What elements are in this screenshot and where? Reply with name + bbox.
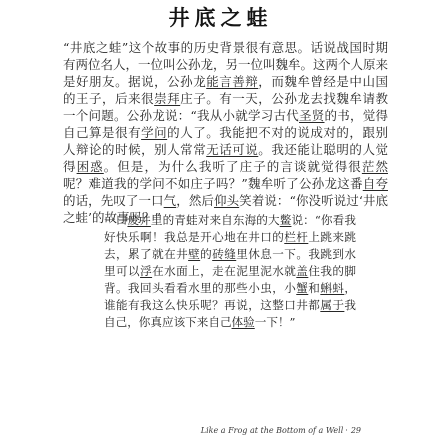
intro-paragraph: “井底之蛙”这个故事的历史背景很有意思。话说战国时期有两位名人，一位叫公孙龙，另…	[63, 39, 388, 226]
book-page: 井底之蛙 “井底之蛙”这个故事的历史背景很有意思。话说战国时期有两位名人，一位叫…	[0, 0, 441, 441]
vocab-word: 自夸	[363, 176, 388, 191]
text-run: 的话，先叹了一口	[63, 193, 164, 208]
vocab-word: 盖	[296, 264, 308, 278]
vocab-word: 仰头	[214, 193, 239, 208]
text-run: 呢？难道我的学问不如庄子吗？”魏牟听了公孙龙这番	[63, 176, 363, 191]
vocab-word: 浮	[140, 264, 152, 278]
text-run: 一下！”	[255, 315, 296, 329]
vocab-word: 属于	[320, 298, 344, 312]
page-footer: Like a Frog at the Bottom of a Well·29	[201, 426, 361, 435]
text-run: 在水面上，走在泥里泥水就	[152, 264, 296, 278]
vocab-word: 无话可说	[206, 142, 258, 157]
text-run: 。但是，为什么我听了庄子的言谈就觉得很	[104, 159, 362, 174]
vocab-word: 学问	[141, 125, 167, 140]
vocab-word: 蝌蚪	[320, 281, 344, 295]
text-run: 一口	[104, 213, 127, 227]
text-run: 和	[308, 281, 320, 295]
vocab-word: 崇拜	[154, 91, 180, 106]
vocab-word: 体验	[232, 315, 255, 329]
vocab-word: 能言善辩	[206, 74, 258, 89]
text-run: 的	[200, 247, 212, 261]
vocab-word: 气	[164, 193, 177, 208]
footer-story-title-english: Like a Frog at the Bottom of a Well	[201, 426, 343, 435]
vocab-word: 废井	[127, 213, 150, 227]
frog-story-quote-paragraph: 一口废井里的青蛙对来自东海的大鳖说：“你看我好快乐啊！我总是开心地在井口的栏杆上…	[104, 212, 356, 331]
text-run: 里的青蛙对来自东海的大	[151, 213, 280, 227]
vocab-word: 圣贤	[299, 108, 325, 123]
vocab-word: 栏杆	[284, 230, 308, 244]
page-title: 井底之蛙	[0, 2, 441, 32]
vocab-word: 茫然	[362, 159, 388, 174]
vocab-word: 蟹	[296, 281, 308, 295]
text-run: ，然后	[176, 193, 214, 208]
vocab-word: 困惑	[77, 159, 104, 174]
footer-page-number: 29	[351, 426, 361, 435]
vocab-word: 砖缝	[212, 247, 236, 261]
footer-separator: ·	[345, 426, 348, 435]
vocab-word: 壁	[188, 247, 200, 261]
vocab-word: 鳖	[280, 213, 292, 227]
